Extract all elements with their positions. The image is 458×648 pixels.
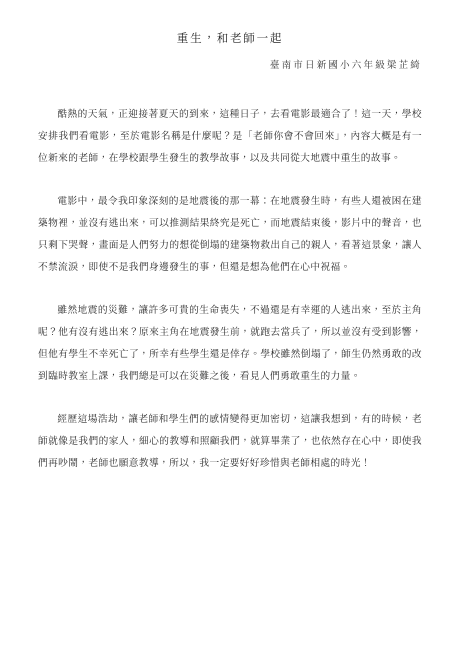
essay-byline: 臺南市日新國小六年級梁芷綺 <box>38 57 422 71</box>
essay-title: 重生，和老師一起 <box>38 0 422 46</box>
essay-page: 重生，和老師一起 臺南市日新國小六年級梁芷綺 酷熱的天氣，正迎接著夏天的到來，這… <box>0 0 458 648</box>
essay-paragraph: 雖然地震的災難，讓許多可貴的生命喪失，不過還是有幸運的人逃出來，至於主角呢？他有… <box>38 300 422 387</box>
essay-paragraph: 經歷這場浩劫，讓老師和學生們的感情變得更加密切，這讓我想到，有的時候，老師就像是… <box>38 409 422 474</box>
essay-content: 重生，和老師一起 臺南市日新國小六年級梁芷綺 酷熱的天氣，正迎接著夏天的到來，這… <box>0 0 458 475</box>
essay-paragraph: 電影中，最令我印象深刻的是地震後的那一幕：在地震發生時，有些人還被困在建築物裡，… <box>38 191 422 278</box>
essay-paragraph: 酷熱的天氣，正迎接著夏天的到來，這種日子，去看電影最適合了！這一天，學校安排我們… <box>38 104 422 169</box>
essay-body: 酷熱的天氣，正迎接著夏天的到來，這種日子，去看電影最適合了！這一天，學校安排我們… <box>38 104 422 475</box>
